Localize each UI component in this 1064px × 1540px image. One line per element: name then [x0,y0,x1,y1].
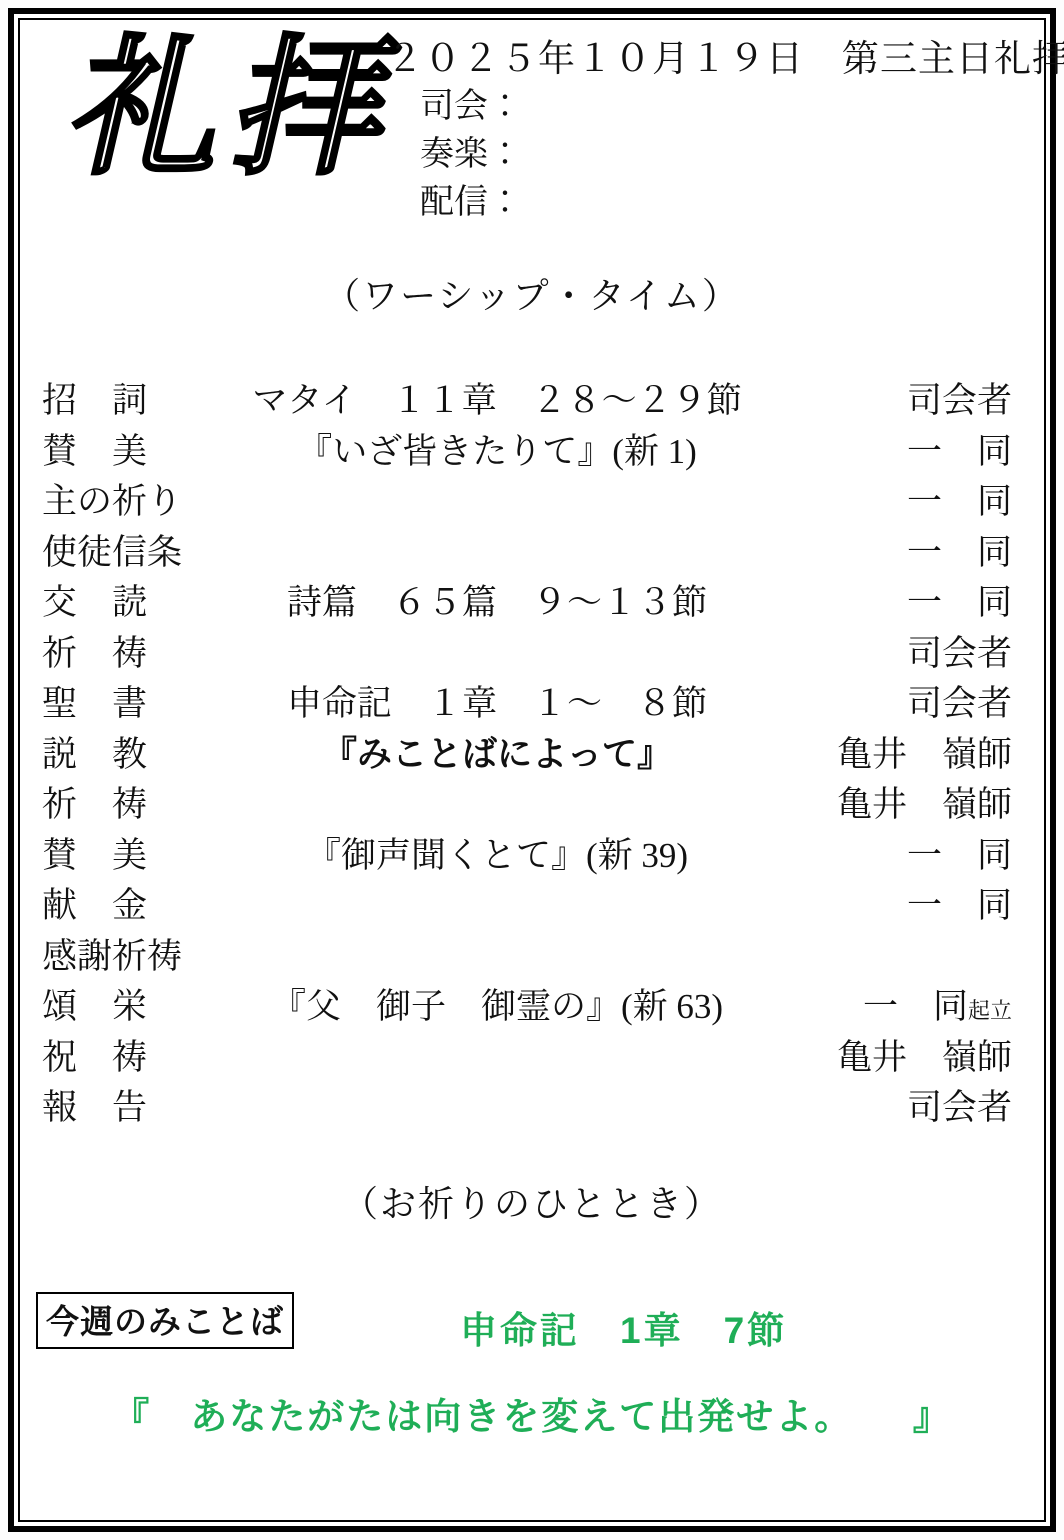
item-person: 一 同起立 [752,979,1012,1029]
item-content: 『いざ皆きたりて』(新 1) [242,424,752,474]
item-label: 祈 祷 [42,626,242,676]
item-label: 祈 祷 [42,777,242,827]
outer-border: 礼拝 ２０２５年１０月１９日 第三主日礼拝 司会： 奏楽： 配信： （ワーシップ… [8,8,1056,1532]
page-title: 礼拝 [58,32,422,190]
service-date: ２０２５年１０月１９日 第三主日礼拝 [386,28,1064,82]
bulletin-page: { "colors": { "accent_green": "#1fae57",… [0,0,1064,1540]
item-person: 一 同 [752,575,1012,625]
staff-label: 配信： [420,174,522,223]
item-person: 一 同 [752,878,1012,928]
weekly-word-reference: 申命記 1章 7節 [460,1300,787,1354]
staff-row-moderator: 司会： [420,78,902,126]
item-label: 献 金 [42,878,242,928]
item-content: 『父 御子 御霊の』(新 63) [242,979,752,1029]
weekly-word-quote: 『 あなたがたは向きを変えて出発せよ。 』 [20,1386,1044,1440]
item-label: 賛 美 [42,828,242,878]
item-label: 招 詞 [42,373,242,423]
staff-row-music: 奏楽： [420,126,902,174]
person-name: 一 同 [863,987,968,1026]
item-person: 司会者 [752,626,1012,676]
item-person: 一 同 [752,474,1012,524]
program-row-thanksgiving-prayer: 感謝祈祷 [20,929,1044,980]
program-row-announcements: 報 告 司会者 [20,1080,1044,1131]
item-person: 亀井 嶺師 [752,1030,1012,1080]
program-row-call: 招 詞 マタイ １１章 ２８～２９節 司会者 [20,373,1044,424]
staff-block: 司会： 奏楽： 配信： [420,78,902,222]
standing-note: 起立 [968,998,1012,1023]
item-person: 司会者 [752,373,1012,423]
item-content: 申命記 １章 １～ ８節 [242,676,752,726]
program-row-hymn2: 賛 美 『御声聞くとて』(新 39) 一 同 [20,828,1044,879]
program-row-benediction: 祝 祷 亀井 嶺師 [20,1030,1044,1081]
program-row-prayer2: 祈 祷 亀井 嶺師 [20,777,1044,828]
item-person: 一 同 [752,424,1012,474]
item-person: 一 同 [752,525,1012,575]
item-person: 司会者 [752,1080,1012,1130]
item-person: 亀井 嶺師 [752,727,1012,777]
item-label: 主の祈り [42,474,242,524]
item-label: 聖 書 [42,676,242,726]
weekly-word-box: 今週のみことば [36,1292,294,1349]
program-row-lords-prayer: 主の祈り 一 同 [20,474,1044,525]
item-label: 使徒信条 [42,525,242,575]
item-label: 交 読 [42,575,242,625]
program-row-hymn1: 賛 美 『いざ皆きたりて』(新 1) 一 同 [20,424,1044,475]
item-person: 亀井 嶺師 [752,777,1012,827]
item-label: 感謝祈祷 [42,929,242,979]
program-row-creed: 使徒信条 一 同 [20,525,1044,576]
program-row-prayer1: 祈 祷 司会者 [20,626,1044,677]
item-content: 『御声聞くとて』(新 39) [242,828,752,878]
sermon-title: 『みことばによって』 [242,727,752,777]
program-row-responsive-reading: 交 読 詩篇 ６５篇 ９～１３節 一 同 [20,575,1044,626]
item-content: 詩篇 ６５篇 ９～１３節 [242,575,752,625]
program-row-offering: 献 金 一 同 [20,878,1044,929]
item-label: 祝 祷 [42,1030,242,1080]
staff-row-streaming: 配信： [420,174,902,222]
item-label: 説 教 [42,727,242,777]
prayer-time-heading: （お祈りのひととき） [20,1176,1044,1227]
item-person: 司会者 [752,676,1012,726]
program-row-doxology: 頌 栄 『父 御子 御霊の』(新 63) 一 同起立 [20,979,1044,1030]
staff-label: 司会： [420,78,522,127]
item-label: 賛 美 [42,424,242,474]
item-person: 一 同 [752,828,1012,878]
item-label: 頌 栄 [42,979,242,1029]
program-row-scripture: 聖 書 申命記 １章 １～ ８節 司会者 [20,676,1044,727]
worship-time-heading: （ワーシップ・タイム） [20,268,1044,319]
program-list: 招 詞 マタイ １１章 ２８～２９節 司会者 賛 美 『いざ皆きたりて』(新 1… [20,373,1044,1131]
staff-label: 奏楽： [420,126,522,175]
program-row-sermon: 説 教 『みことばによって』 亀井 嶺師 [20,727,1044,778]
inner-border: 礼拝 ２０２５年１０月１９日 第三主日礼拝 司会： 奏楽： 配信： （ワーシップ… [18,18,1046,1522]
item-content: マタイ １１章 ２８～２９節 [242,373,752,423]
item-label: 報 告 [42,1080,242,1130]
